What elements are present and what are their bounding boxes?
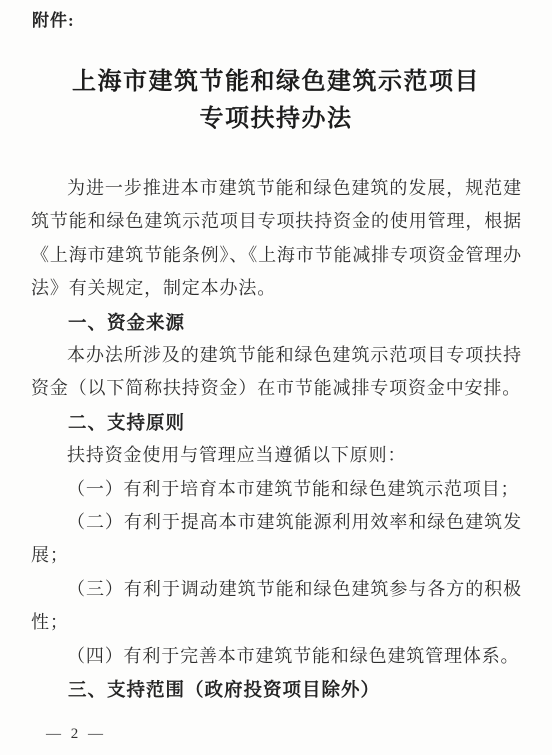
document-title-line1: 上海市建筑节能和绿色建筑示范项目 bbox=[0, 64, 552, 101]
document-page: 附件: 上海市建筑节能和绿色建筑示范项目 专项扶持办法 为进一步推进本市建筑节能… bbox=[0, 0, 552, 755]
document-title: 上海市建筑节能和绿色建筑示范项目 专项扶持办法 bbox=[0, 64, 552, 138]
principle-item-4: （四）有利于完善本市建筑节能和绿色建筑管理体系。 bbox=[31, 640, 522, 673]
document-title-line2: 专项扶持办法 bbox=[0, 101, 552, 138]
principle-item-2: （二）有利于提高本市建筑能源利用效率和绿色建筑发展； bbox=[31, 506, 522, 573]
section-heading-support-principles: 二、支持原则 bbox=[31, 406, 522, 439]
principle-item-1: （一）有利于培育本市建筑节能和绿色建筑示范项目； bbox=[31, 473, 522, 506]
section-heading-support-scope: 三、支持范围（政府投资项目除外） bbox=[31, 673, 522, 706]
section-heading-funding-source: 一、资金来源 bbox=[31, 306, 522, 339]
page-number: — 2 — bbox=[46, 726, 106, 743]
principles-intro-paragraph: 扶持资金使用与管理应当遵循以下原则： bbox=[31, 439, 522, 472]
funding-source-paragraph: 本办法所涉及的建筑节能和绿色建筑示范项目专项扶持资金（以下简称扶持资金）在市节能… bbox=[31, 339, 522, 406]
document-body: 为进一步推进本市建筑节能和绿色建筑的发展，规范建筑节能和绿色建筑示范项目专项扶持… bbox=[31, 172, 522, 707]
intro-paragraph: 为进一步推进本市建筑节能和绿色建筑的发展，规范建筑节能和绿色建筑示范项目专项扶持… bbox=[31, 172, 522, 306]
principle-item-3: （三）有利于调动建筑节能和绿色建筑参与各方的积极性； bbox=[31, 573, 522, 640]
attachment-label: 附件: bbox=[32, 6, 75, 31]
